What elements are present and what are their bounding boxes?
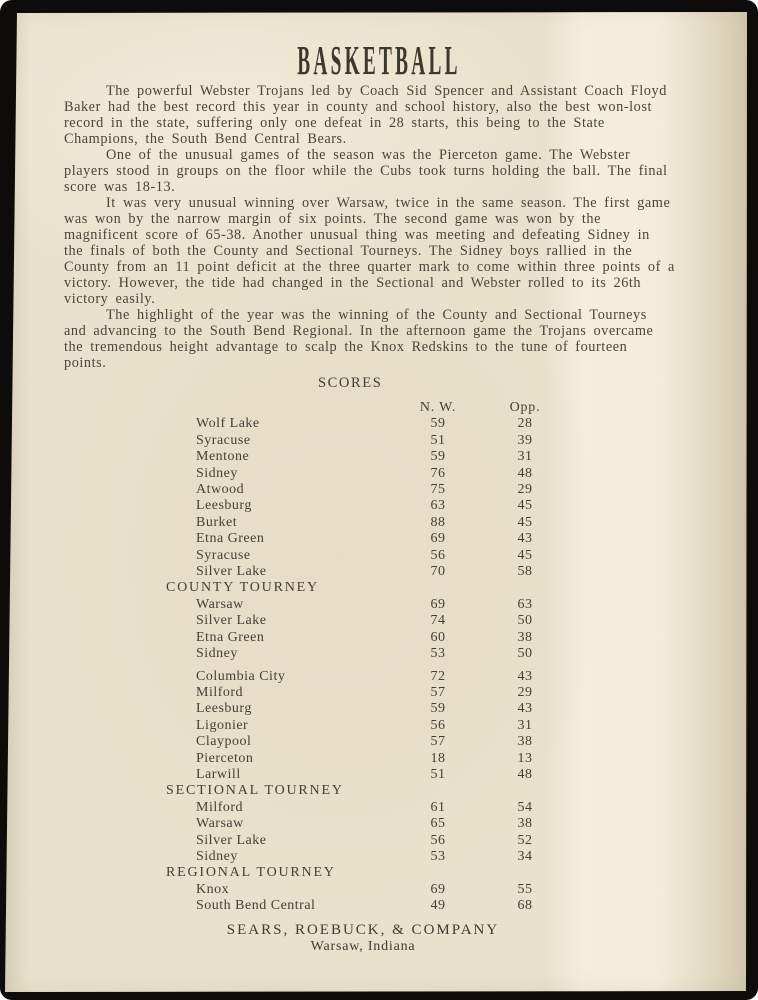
- score-table: N. W. Opp. Wolf Lake5928Syracuse5139Ment…: [166, 400, 758, 915]
- opp-score: 13: [496, 751, 554, 767]
- section-label: COUNTY TOURNEY: [166, 580, 410, 596]
- column-gap: [466, 718, 496, 734]
- paragraph: The powerful Webster Trojans led by Coac…: [64, 83, 676, 147]
- score-row: Milford5729: [166, 685, 758, 701]
- opponent-name: Columbia City: [166, 669, 410, 685]
- column-gap: [466, 685, 496, 701]
- column-gap: [466, 751, 496, 767]
- opponent-name: Etna Green: [166, 531, 410, 547]
- column-gap: [466, 597, 496, 613]
- body-paragraphs: The powerful Webster Trojans led by Coac…: [64, 83, 676, 371]
- nw-score: 51: [410, 767, 466, 783]
- nw-score: 59: [410, 701, 466, 717]
- page-footer: SEARS, ROEBUCK, & COMPANY Warsaw, Indian…: [0, 922, 742, 956]
- score-row: Silver Lake7058: [166, 564, 758, 580]
- nw-score: 69: [410, 597, 466, 613]
- publisher-name: SEARS, ROEBUCK, & COMPANY: [0, 922, 742, 939]
- score-row: Mentone5931: [166, 449, 758, 465]
- opponent-name: Pierceton: [166, 751, 410, 767]
- opp-score: 54: [496, 800, 554, 816]
- column-gap: [466, 882, 496, 898]
- opponent-name: Ligonier: [166, 718, 410, 734]
- opp-score: 38: [496, 630, 554, 646]
- yearbook-page: BASKETBALL The powerful Webster Trojans …: [0, 0, 758, 1000]
- nw-score: 70: [410, 564, 466, 580]
- opponent-name: Mentone: [166, 449, 410, 465]
- score-row: Milford6154: [166, 800, 758, 816]
- column-gap: [466, 833, 496, 849]
- opponent-name: Silver Lake: [166, 564, 410, 580]
- column-gap: [466, 449, 496, 465]
- opp-score: 48: [496, 767, 554, 783]
- opponent-name: Silver Lake: [166, 833, 410, 849]
- opp-score: 28: [496, 416, 554, 432]
- scan-frame: BASKETBALL The powerful Webster Trojans …: [0, 0, 758, 1000]
- score-row: Pierceton1813: [166, 751, 758, 767]
- nw-score: 74: [410, 613, 466, 629]
- opp-score: 39: [496, 433, 554, 449]
- opp-score: 31: [496, 718, 554, 734]
- score-row: Leesburg5943: [166, 701, 758, 717]
- opponent-name: Wolf Lake: [166, 416, 410, 432]
- nw-score: 18: [410, 751, 466, 767]
- score-row: Columbia City7243: [166, 669, 758, 685]
- nw-score: 63: [410, 498, 466, 514]
- column-gap: [466, 466, 496, 482]
- opp-score: 50: [496, 646, 554, 662]
- score-row: South Bend Central4968: [166, 898, 758, 914]
- score-row: Etna Green6038: [166, 630, 758, 646]
- nw-score: 53: [410, 849, 466, 865]
- opp-score: 38: [496, 816, 554, 832]
- column-gap: [466, 734, 496, 750]
- opp-score: 68: [496, 898, 554, 914]
- score-row: Warsaw6963: [166, 597, 758, 613]
- nw-score: 56: [410, 833, 466, 849]
- nw-score: 88: [410, 515, 466, 531]
- score-row: Knox6955: [166, 882, 758, 898]
- opponent-name: Claypool: [166, 734, 410, 750]
- opponent-name: South Bend Central: [166, 898, 410, 914]
- page-title-text: BASKETBALL: [297, 45, 461, 75]
- paragraph: It was very unusual winning over Warsaw,…: [64, 195, 676, 307]
- opp-score: 52: [496, 833, 554, 849]
- opp-score: 45: [496, 548, 554, 564]
- publisher-location: Warsaw, Indiana: [0, 938, 742, 955]
- column-gap: [466, 548, 496, 564]
- column-gap: [466, 400, 496, 416]
- opponent-name: Syracuse: [166, 433, 410, 449]
- column-gap: [466, 515, 496, 531]
- nw-score: 56: [410, 718, 466, 734]
- score-row: Silver Lake5652: [166, 833, 758, 849]
- nw-score: 69: [410, 531, 466, 547]
- column-gap: [466, 482, 496, 498]
- opponent-name: Knox: [166, 882, 410, 898]
- opponent-name: Milford: [166, 685, 410, 701]
- score-row: Atwood7529: [166, 482, 758, 498]
- nw-score: 75: [410, 482, 466, 498]
- score-row: Sidney5334: [166, 849, 758, 865]
- column-gap: [466, 849, 496, 865]
- score-row: Silver Lake7450: [166, 613, 758, 629]
- column-gap: [466, 898, 496, 914]
- opponent-name: Warsaw: [166, 816, 410, 832]
- opponent-name: Burket: [166, 515, 410, 531]
- nw-score: 56: [410, 548, 466, 564]
- opponent-name: Syracuse: [166, 548, 410, 564]
- score-row: Syracuse5645: [166, 548, 758, 564]
- opp-score: 29: [496, 685, 554, 701]
- scores-heading: SCORES: [318, 375, 758, 391]
- column-header-nw: N. W.: [410, 400, 466, 416]
- nw-score: 65: [410, 816, 466, 832]
- column-gap: [466, 767, 496, 783]
- column-gap: [466, 800, 496, 816]
- opponent-name: Leesburg: [166, 498, 410, 514]
- nw-score: 61: [410, 800, 466, 816]
- nw-score: 72: [410, 669, 466, 685]
- column-header-opp: Opp.: [496, 400, 554, 416]
- score-row: Sidney7648: [166, 466, 758, 482]
- score-row: Etna Green6943: [166, 531, 758, 547]
- column-gap: [466, 564, 496, 580]
- tourney-section-header: SECTIONAL TOURNEY: [166, 783, 758, 799]
- nw-score: 57: [410, 685, 466, 701]
- opp-score: 55: [496, 882, 554, 898]
- opp-score: 63: [496, 597, 554, 613]
- opponent-name: Larwill: [166, 767, 410, 783]
- column-gap: [466, 433, 496, 449]
- opp-score: 45: [496, 515, 554, 531]
- column-gap: [466, 498, 496, 514]
- paragraph: One of the unusual games of the season w…: [64, 147, 676, 195]
- score-row: Burket8845: [166, 515, 758, 531]
- opp-score: 58: [496, 564, 554, 580]
- score-row: Sidney5350: [166, 646, 758, 662]
- opp-score: 45: [496, 498, 554, 514]
- opp-score: 29: [496, 482, 554, 498]
- opponent-name: Silver Lake: [166, 613, 410, 629]
- section-label: SECTIONAL TOURNEY: [166, 783, 410, 799]
- opp-score: 43: [496, 701, 554, 717]
- nw-score: 59: [410, 449, 466, 465]
- score-row: Syracuse5139: [166, 433, 758, 449]
- opponent-name: Sidney: [166, 646, 410, 662]
- opponent-name: Etna Green: [166, 630, 410, 646]
- score-row: Leesburg6345: [166, 498, 758, 514]
- opp-score: 34: [496, 849, 554, 865]
- tourney-section-header: COUNTY TOURNEY: [166, 580, 758, 596]
- nw-score: 60: [410, 630, 466, 646]
- score-row: Claypool5738: [166, 734, 758, 750]
- opp-score: 43: [496, 669, 554, 685]
- column-gap: [466, 701, 496, 717]
- column-gap: [466, 613, 496, 629]
- nw-score: 69: [410, 882, 466, 898]
- opp-score: 43: [496, 531, 554, 547]
- section-label: REGIONAL TOURNEY: [166, 865, 410, 881]
- score-row: Warsaw6538: [166, 816, 758, 832]
- opp-score: 48: [496, 466, 554, 482]
- score-table-header-row: N. W. Opp.: [166, 400, 758, 416]
- column-gap: [466, 646, 496, 662]
- opp-score: 38: [496, 734, 554, 750]
- nw-score: 53: [410, 646, 466, 662]
- column-gap: [466, 416, 496, 432]
- score-row: Ligonier5631: [166, 718, 758, 734]
- score-rows: Wolf Lake5928Syracuse5139Mentone5931Sidn…: [166, 416, 758, 914]
- opponent-name: Warsaw: [166, 597, 410, 613]
- opponent-name: Sidney: [166, 466, 410, 482]
- nw-score: 57: [410, 734, 466, 750]
- opponent-name: Leesburg: [166, 701, 410, 717]
- column-gap: [466, 531, 496, 547]
- opponent-name: Milford: [166, 800, 410, 816]
- opp-score: 31: [496, 449, 554, 465]
- page-content: BASKETBALL The powerful Webster Trojans …: [0, 0, 758, 1000]
- score-row: Larwill5148: [166, 767, 758, 783]
- column-gap: [466, 669, 496, 685]
- tourney-section-header: REGIONAL TOURNEY: [166, 865, 758, 881]
- opp-score: 50: [496, 613, 554, 629]
- nw-score: 59: [410, 416, 466, 432]
- nw-score: 49: [410, 898, 466, 914]
- column-gap: [466, 816, 496, 832]
- score-row: Wolf Lake5928: [166, 416, 758, 432]
- nw-score: 51: [410, 433, 466, 449]
- paragraph: The highlight of the year was the winnin…: [64, 307, 676, 371]
- column-gap: [466, 630, 496, 646]
- column-header-spacer: [166, 400, 410, 416]
- page-title: BASKETBALL: [0, 45, 758, 75]
- opponent-name: Sidney: [166, 849, 410, 865]
- nw-score: 76: [410, 466, 466, 482]
- opponent-name: Atwood: [166, 482, 410, 498]
